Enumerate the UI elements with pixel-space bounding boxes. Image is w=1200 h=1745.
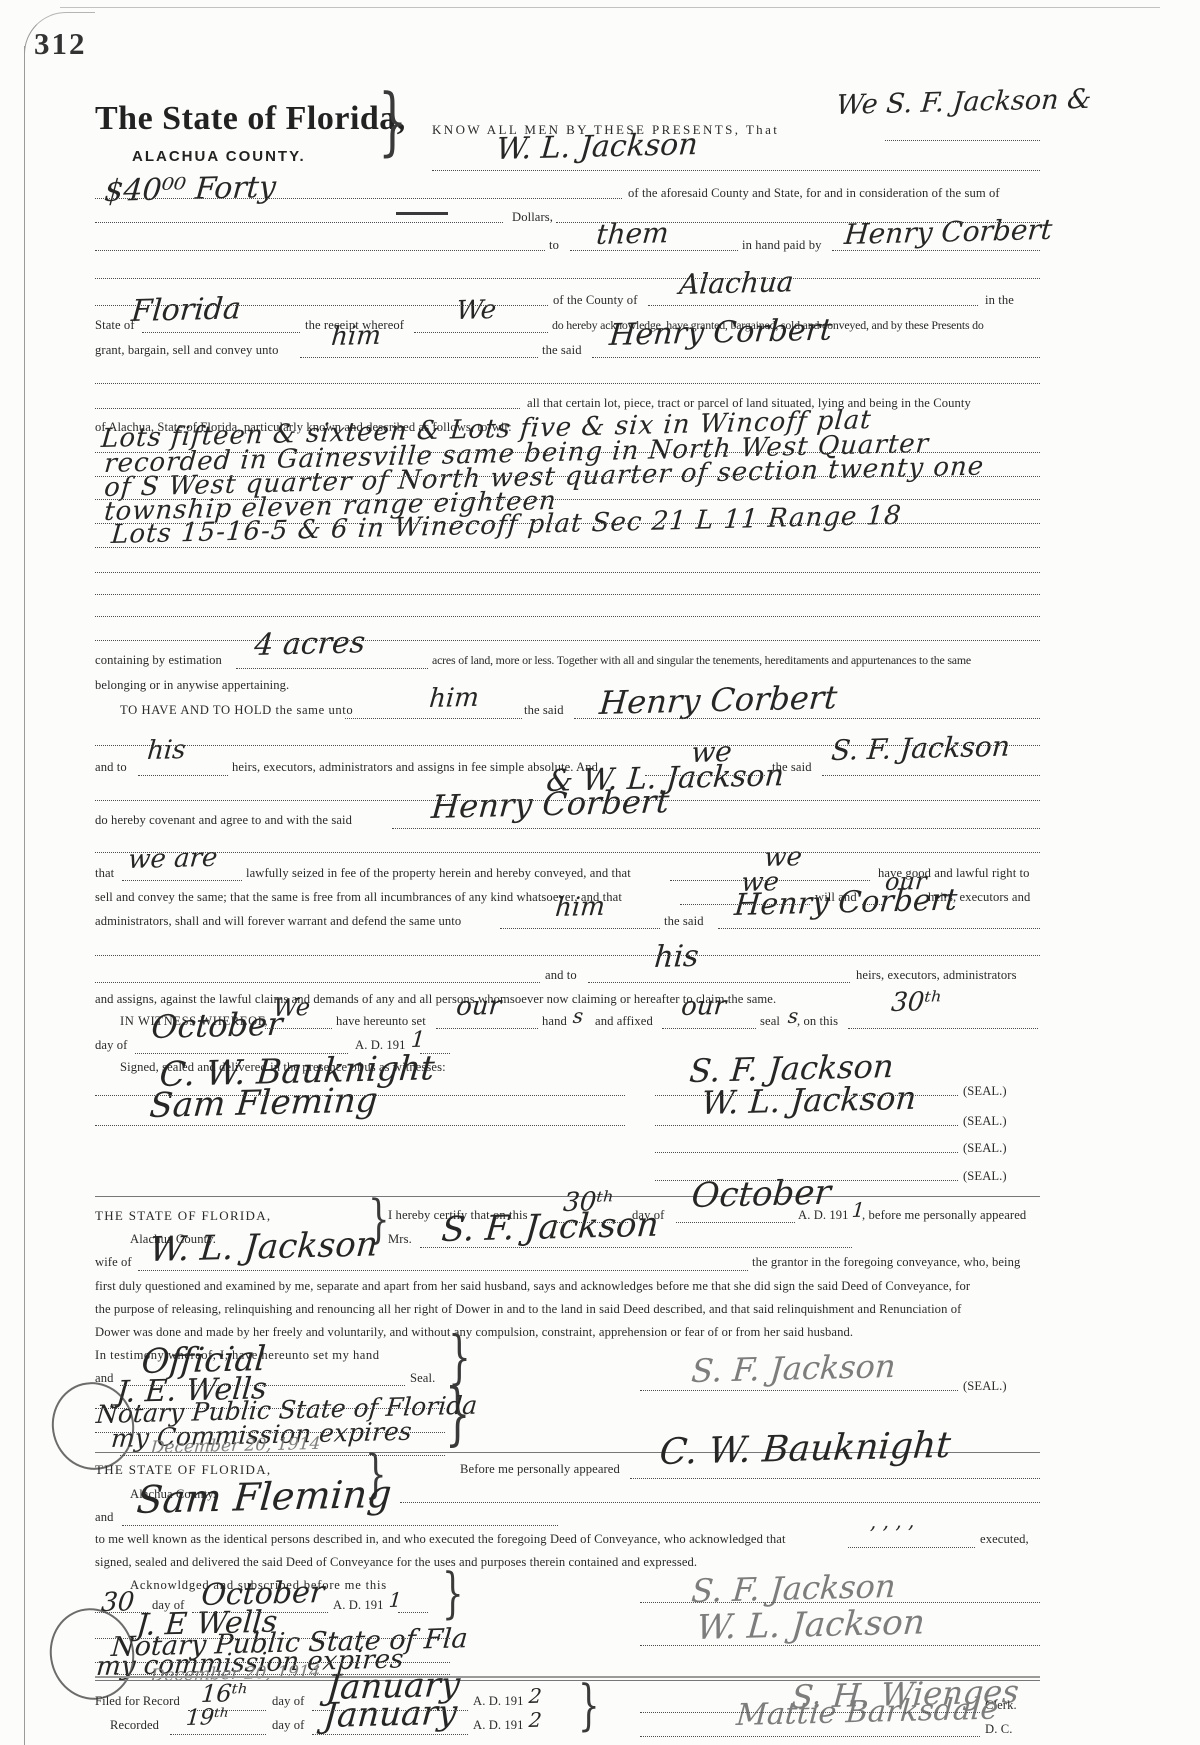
grantors-handwriting-1: We S. F. Jackson &: [835, 84, 1092, 121]
grantee-handwriting-3: Henry Corbert: [430, 782, 671, 826]
dotted-rule: [120, 1455, 445, 1456]
dotted-rule: [570, 250, 738, 251]
dotted-rule: [645, 775, 765, 776]
dotted-rule: [138, 1270, 748, 1271]
dotted-rule: [95, 547, 1040, 548]
seal-word-label: Seal.: [410, 1371, 435, 1386]
in-the-label: in the: [985, 293, 1014, 308]
recorded-label: Recorded: [110, 1718, 159, 1733]
dotted-rule: [95, 1095, 625, 1096]
dower-state-heading: THE STATE OF FLORIDA,: [95, 1208, 271, 1224]
form-county: ALACHUA COUNTY.: [132, 148, 306, 165]
admin-text: administrators, shall and will forever w…: [95, 914, 461, 929]
dotted-rule: [655, 1095, 958, 1096]
seal-label-3: (SEAL.): [963, 1141, 1007, 1156]
dotted-rule: [95, 1662, 450, 1663]
mrs-label: Mrs.: [388, 1232, 412, 1247]
person2-handwriting: Sam Fleming: [135, 1472, 393, 1522]
dotted-rule: [142, 332, 300, 333]
dower-line-3: Dower was done and made by her freely an…: [95, 1325, 853, 1340]
payer-handwriting: Henry Corbert: [843, 213, 1054, 251]
grantor-text: the grantor in the foregoing conveyance,…: [752, 1255, 1020, 1270]
dotted-rule: [640, 1736, 980, 1737]
dotted-rule: [680, 904, 810, 905]
day-of-label-1: day of: [95, 1038, 127, 1053]
we-handwriting-1: We: [455, 295, 497, 326]
of-county-label: of the County of: [553, 293, 638, 308]
dotted-rule: [555, 1222, 628, 1223]
dotted-rule: [95, 594, 1040, 595]
on-this-label: , on this: [797, 1014, 838, 1029]
dotted-rule: [236, 668, 428, 669]
containing-label: containing by estimation: [95, 653, 222, 668]
dc-label: D. C.: [985, 1722, 1012, 1737]
dotted-rule: [95, 452, 1040, 453]
dotted-rule: [95, 1612, 148, 1613]
known-text-1: to me well known as the identical person…: [95, 1532, 786, 1547]
dotted-rule: [95, 800, 1040, 801]
dotted-rule: [414, 332, 548, 333]
seal-label-1: (SEAL.): [963, 1084, 1007, 1099]
dotted-rule: [822, 775, 1040, 776]
filing-brace: }: [578, 1674, 600, 1738]
day-of-label-4: day of: [272, 1694, 304, 1709]
dower-signature: S. F. Jackson: [690, 1347, 897, 1390]
dotted-rule: [95, 1408, 445, 1409]
dower-line-2: the purpose of releasing, relinquishing …: [95, 1302, 961, 1317]
dotted-rule: [265, 1028, 332, 1029]
subscribed-brace: }: [442, 1562, 464, 1626]
our-handwriting-2: our: [455, 991, 502, 1022]
dotted-rule: [662, 1028, 756, 1029]
dotted-rule: [432, 170, 1040, 171]
dotted-rule: [592, 357, 1040, 358]
dotted-rule: [95, 198, 622, 199]
grantee-handwriting-1: Henry Corbert: [608, 312, 834, 353]
dotted-rule: [95, 408, 520, 409]
the-said-label-1: the said: [542, 343, 582, 358]
dotted-rule: [640, 1712, 980, 1713]
dotted-rule: [170, 1734, 266, 1735]
dash-mark: [396, 212, 448, 215]
executed-label: executed,: [980, 1532, 1029, 1547]
deed-record-page: 312 The State of Florida, ALACHUA COUNTY…: [0, 0, 1200, 1745]
belonging-text: belonging or in anywise appertaining.: [95, 678, 289, 693]
grantor2-signature: W. L. Jackson: [700, 1079, 918, 1122]
amount-handwriting: $40⁰⁰ Forty: [103, 170, 277, 209]
dotted-rule: [312, 1710, 468, 1711]
page-top-edge: [60, 7, 1160, 8]
dotted-rule: [398, 1612, 428, 1613]
dotted-rule: [848, 1547, 975, 1548]
filed-day-handwriting: 16ᵗʰ: [200, 1679, 249, 1708]
dollars-label: Dollars,: [512, 210, 553, 225]
dotted-rule: [95, 640, 1040, 641]
affixed-label: and affixed: [595, 1014, 653, 1029]
state-of-label: State of: [95, 318, 135, 333]
dotted-rule: [192, 1612, 328, 1613]
dotted-rule: [95, 572, 1040, 573]
grantee-handwriting-2: Henry Corbert: [598, 678, 839, 722]
dotted-rule: [95, 222, 503, 223]
hand-s-handwriting: s: [572, 1004, 584, 1028]
assigns-text: and assigns, against the lawful claims a…: [95, 992, 776, 1007]
dotted-rule: [345, 718, 522, 719]
ad-label-2: A. D. 191: [798, 1208, 849, 1223]
dotted-rule: [574, 718, 1040, 719]
state-handwriting: Florida: [130, 291, 242, 329]
dotted-rule: [95, 278, 1040, 279]
containing-rest-text: acres of land, more or less. Together wi…: [432, 653, 971, 668]
ack-signature-2: W. L. Jackson: [695, 1602, 926, 1648]
dotted-rule: [676, 1222, 795, 1223]
and-to-label-1: and to: [95, 760, 127, 775]
witness2-signature: Sam Fleming: [148, 1080, 379, 1126]
dotted-rule: [122, 880, 242, 881]
dotted-rule: [95, 955, 1040, 956]
covenant-text: do hereby covenant and agree to and with…: [95, 813, 352, 828]
to-label: to: [549, 238, 559, 253]
dotted-rule: [95, 1432, 445, 1433]
ack-year-handwriting: 1: [388, 1588, 403, 1612]
sell-text: sell and convey the same; that the same …: [95, 890, 622, 905]
dotted-rule: [95, 250, 545, 251]
dotted-rule: [500, 928, 660, 929]
dotted-rule: [420, 1053, 450, 1054]
aforesaid-text: of the aforesaid County and State, for a…: [628, 186, 1000, 201]
we-are-handwriting: we are: [127, 843, 219, 875]
before-text: Before me personally appeared: [460, 1462, 620, 1477]
dotted-rule: [138, 775, 228, 776]
dotted-rule: [135, 1053, 348, 1054]
dotted-rule: [885, 140, 1040, 141]
county-handwriting: Alachua: [678, 265, 795, 301]
and-to-label-2: and to: [545, 968, 577, 983]
dotted-rule: [832, 250, 1040, 251]
dotted-rule: [300, 357, 538, 358]
dotted-rule: [648, 305, 978, 306]
seal-label-word: seal: [760, 1014, 780, 1029]
wife-handwriting: S. F. Jackson: [440, 1205, 660, 1250]
ad-label-4: A. D. 191: [473, 1694, 524, 1709]
dotted-rule: [115, 1674, 450, 1675]
dotted-rule: [640, 1602, 1040, 1603]
heirs-text-3: heirs, executors, administrators: [856, 968, 1017, 983]
recorded-year-handwriting: 2: [528, 1708, 543, 1732]
dotted-rule: [95, 852, 1040, 853]
dotted-rule: [95, 383, 1040, 384]
dotted-rule: [392, 828, 1040, 829]
dotted-rule: [630, 1478, 1040, 1479]
page-left-edge: [24, 46, 25, 1745]
in-hand-label: in hand paid by: [742, 238, 822, 253]
to-have-text: TO HAVE AND TO HOLD the same unto: [120, 703, 353, 718]
grantors-handwriting-2: W. L. Jackson: [495, 127, 699, 167]
hand-label: hand: [542, 1014, 567, 1029]
dotted-rule: [862, 904, 882, 905]
the-said-label-2: the said: [524, 703, 564, 718]
dotted-rule: [670, 880, 870, 881]
his-handwriting-1: his: [146, 735, 187, 766]
ditto-marks: ’ ’ ’ ’: [868, 1521, 914, 1546]
dotted-rule: [122, 1525, 558, 1526]
wife-of-label: wife of: [95, 1255, 132, 1270]
him-handwriting-3: him: [554, 892, 606, 923]
the-said-label-4: the said: [664, 914, 704, 929]
set-text: have hereunto set: [336, 1014, 426, 1029]
heirs-text-1: heirs, executors, administrators and ass…: [232, 760, 598, 775]
header-brace: }: [378, 78, 407, 164]
him-handwriting-2: him: [428, 683, 480, 714]
his-handwriting-2: his: [653, 939, 700, 975]
dotted-rule: [655, 1125, 958, 1126]
dotted-rule: [420, 1247, 852, 1248]
filed-label: Filed for Record: [95, 1694, 180, 1709]
dotted-rule: [556, 222, 1040, 223]
dotted-rule: [640, 1390, 958, 1391]
that-label: that: [95, 866, 114, 881]
dotted-rule: [655, 1180, 958, 1181]
dotted-rule: [120, 1385, 405, 1386]
dotted-rule: [95, 982, 540, 983]
dotted-rule: [95, 1638, 450, 1639]
known-text-2: signed, sealed and delivered the said De…: [95, 1555, 697, 1570]
seal-label-2: (SEAL.): [963, 1114, 1007, 1129]
dotted-rule: [312, 1734, 468, 1735]
acres-handwriting: 4 acres: [253, 625, 367, 663]
day-of-label-5: day of: [272, 1718, 304, 1733]
witness-day-handwriting: 30ᵗʰ: [890, 987, 943, 1018]
form-title: The State of Florida,: [95, 100, 406, 138]
dotted-rule: [436, 1028, 538, 1029]
filed-year-handwriting: 2: [528, 1684, 543, 1708]
and-label-2: and: [95, 1510, 113, 1525]
dotted-rule: [95, 476, 1040, 477]
appeared-text: , before me personally appeared: [862, 1208, 1026, 1223]
dotted-rule: [95, 499, 1040, 500]
dotted-rule: [95, 1125, 625, 1126]
dotted-rule: [95, 305, 548, 306]
dotted-rule: [95, 523, 1040, 524]
seal-label-5: (SEAL.): [963, 1379, 1007, 1394]
him-handwriting-1: him: [330, 321, 382, 352]
page-number: 312: [34, 26, 87, 62]
dotted-rule: [95, 745, 1040, 746]
dotted-rule: [718, 928, 1040, 929]
dotted-rule: [588, 982, 850, 983]
ad-label-3: A. D. 191: [333, 1598, 384, 1613]
seized-text: lawfully seized in fee of the property h…: [246, 866, 631, 881]
dotted-rule: [188, 1710, 266, 1711]
witness-month-handwriting: October: [150, 1005, 284, 1046]
husband-handwriting: W. L. Jackson: [148, 1224, 379, 1270]
recorded-month-handwriting: January: [322, 1693, 459, 1736]
dotted-rule: [400, 1502, 1040, 1503]
recorded-day-handwriting: 19ᵗʰ: [185, 1705, 230, 1731]
dotted-rule: [640, 1645, 1040, 1646]
dotted-rule: [95, 616, 1040, 617]
person1-handwriting: C. W. Bauknight: [658, 1425, 952, 1473]
grant-text: grant, bargain, sell and convey unto: [95, 343, 278, 358]
grantee-handwriting-4: Henry Corbert: [733, 882, 959, 923]
ad-label-5: A. D. 191: [473, 1718, 524, 1733]
dotted-rule: [848, 1028, 1038, 1029]
our-handwriting-3: our: [680, 991, 727, 1022]
grantor1-handwriting: S. F. Jackson: [830, 730, 1011, 767]
dower-line-1: first duly questioned and examined by me…: [95, 1279, 970, 1294]
seal-label-4: (SEAL.): [963, 1169, 1007, 1184]
dotted-rule: [655, 1152, 958, 1153]
